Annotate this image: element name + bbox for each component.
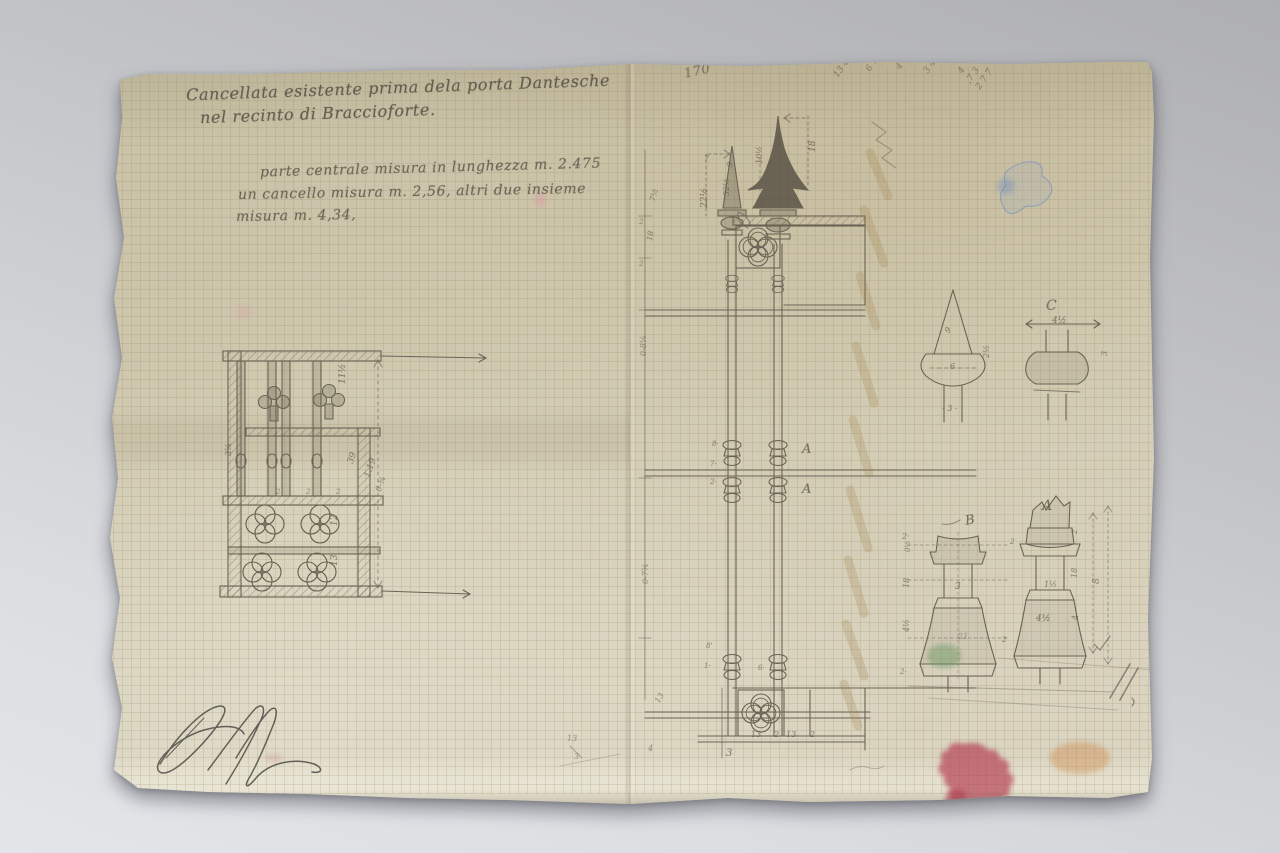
- annotation: 3: [955, 582, 961, 592]
- annotation: 2·: [900, 668, 907, 676]
- annotation: 2: [639, 218, 643, 226]
- annotation: 39: [346, 451, 359, 465]
- annotation: 9: [725, 161, 735, 168]
- annotation: 7: [704, 154, 709, 163]
- annotation: 2½: [982, 345, 991, 358]
- bottom-edge-shadow: [108, 790, 1156, 806]
- annotation: 0½: [904, 541, 912, 552]
- annotation: 32½: [722, 178, 731, 196]
- annotation: 13: [653, 691, 666, 704]
- annotation: 4½: [902, 619, 911, 632]
- annotation: 2: [276, 488, 280, 496]
- annotation: 8: [1092, 578, 1102, 584]
- annotation: 4½: [1052, 316, 1066, 326]
- annotation: 2 7 7: [974, 67, 995, 91]
- annotation: 0-8¼: [639, 335, 648, 356]
- annotation: 2: [1071, 530, 1079, 534]
- annotation: 22½: [700, 188, 710, 208]
- annotation: C: [1046, 298, 1057, 314]
- annotation: 13: [567, 734, 577, 743]
- annotation: A: [1042, 498, 1052, 514]
- annotation: 4: [648, 744, 653, 753]
- annotation: 0-¾: [374, 475, 387, 493]
- annotation: ,7 3: [964, 66, 982, 86]
- annotation: 3: [1100, 351, 1109, 356]
- annotation: 4: [1071, 615, 1080, 620]
- annotation: 13 4 6 2 7: [832, 36, 866, 79]
- graph-paper: Cancellata esistente prima dela porta Da…: [108, 58, 1156, 806]
- annotation: 6·: [758, 664, 765, 672]
- annotation-layer: 13 4 6 2 76 7 19 44 3 3 43 44,7 32 7 711…: [108, 58, 1156, 806]
- annotation: - 3 -: [942, 404, 958, 413]
- annotation: 13: [751, 730, 761, 739]
- annotation: 0-7¾: [641, 563, 650, 584]
- annotation: 4½: [1036, 614, 1050, 624]
- annotation: 18: [1070, 568, 1079, 578]
- annotation: 2·: [710, 478, 717, 486]
- annotation: 1·: [704, 662, 711, 670]
- annotation: 6 7 19 4: [864, 38, 894, 74]
- annotation: 6: [950, 362, 955, 371]
- annotation: 13: [330, 555, 340, 566]
- annotation: 8': [706, 642, 712, 650]
- annotation: 2: [1010, 538, 1014, 546]
- annotation: 4: [956, 65, 967, 75]
- annotation: 7·: [710, 460, 717, 468]
- annotation: A: [802, 442, 811, 457]
- annotation: 9: [943, 326, 953, 335]
- annotation: 2: [810, 730, 815, 739]
- annotation: 3¼: [224, 443, 233, 456]
- annotation: 2: [1002, 636, 1006, 644]
- annotation: 4 3 3 4: [894, 40, 920, 72]
- annotation: 12: [330, 515, 340, 526]
- annotation: A: [802, 482, 811, 497]
- annotation: 3: [726, 748, 732, 759]
- annotation: 7½: [648, 188, 660, 203]
- annotation: 2: [639, 260, 643, 268]
- annotation: 2·: [902, 532, 910, 541]
- annotation: 13: [786, 730, 796, 739]
- annotation: 2: [306, 488, 310, 496]
- annotation: 2: [336, 488, 340, 496]
- annotation: 2: [774, 730, 779, 739]
- annotation: 3: [574, 752, 579, 761]
- annotation: B: [964, 512, 976, 528]
- annotation: 10½: [755, 146, 764, 164]
- annotation: 18: [645, 230, 656, 242]
- annotation: 18: [902, 578, 911, 588]
- photo-scene: Cancellata esistente prima dela porta Da…: [0, 0, 1280, 853]
- annotation: 8·: [712, 440, 719, 448]
- annotation: 18: [808, 141, 818, 152]
- paper-sheet: Cancellata esistente prima dela porta Da…: [108, 58, 1156, 806]
- annotation: 11½: [338, 364, 348, 384]
- annotation: 1½: [1044, 580, 1057, 589]
- annotation: 21: [958, 632, 968, 641]
- annotation: 1.19: [363, 457, 379, 479]
- annotation: 3 4: [922, 58, 938, 75]
